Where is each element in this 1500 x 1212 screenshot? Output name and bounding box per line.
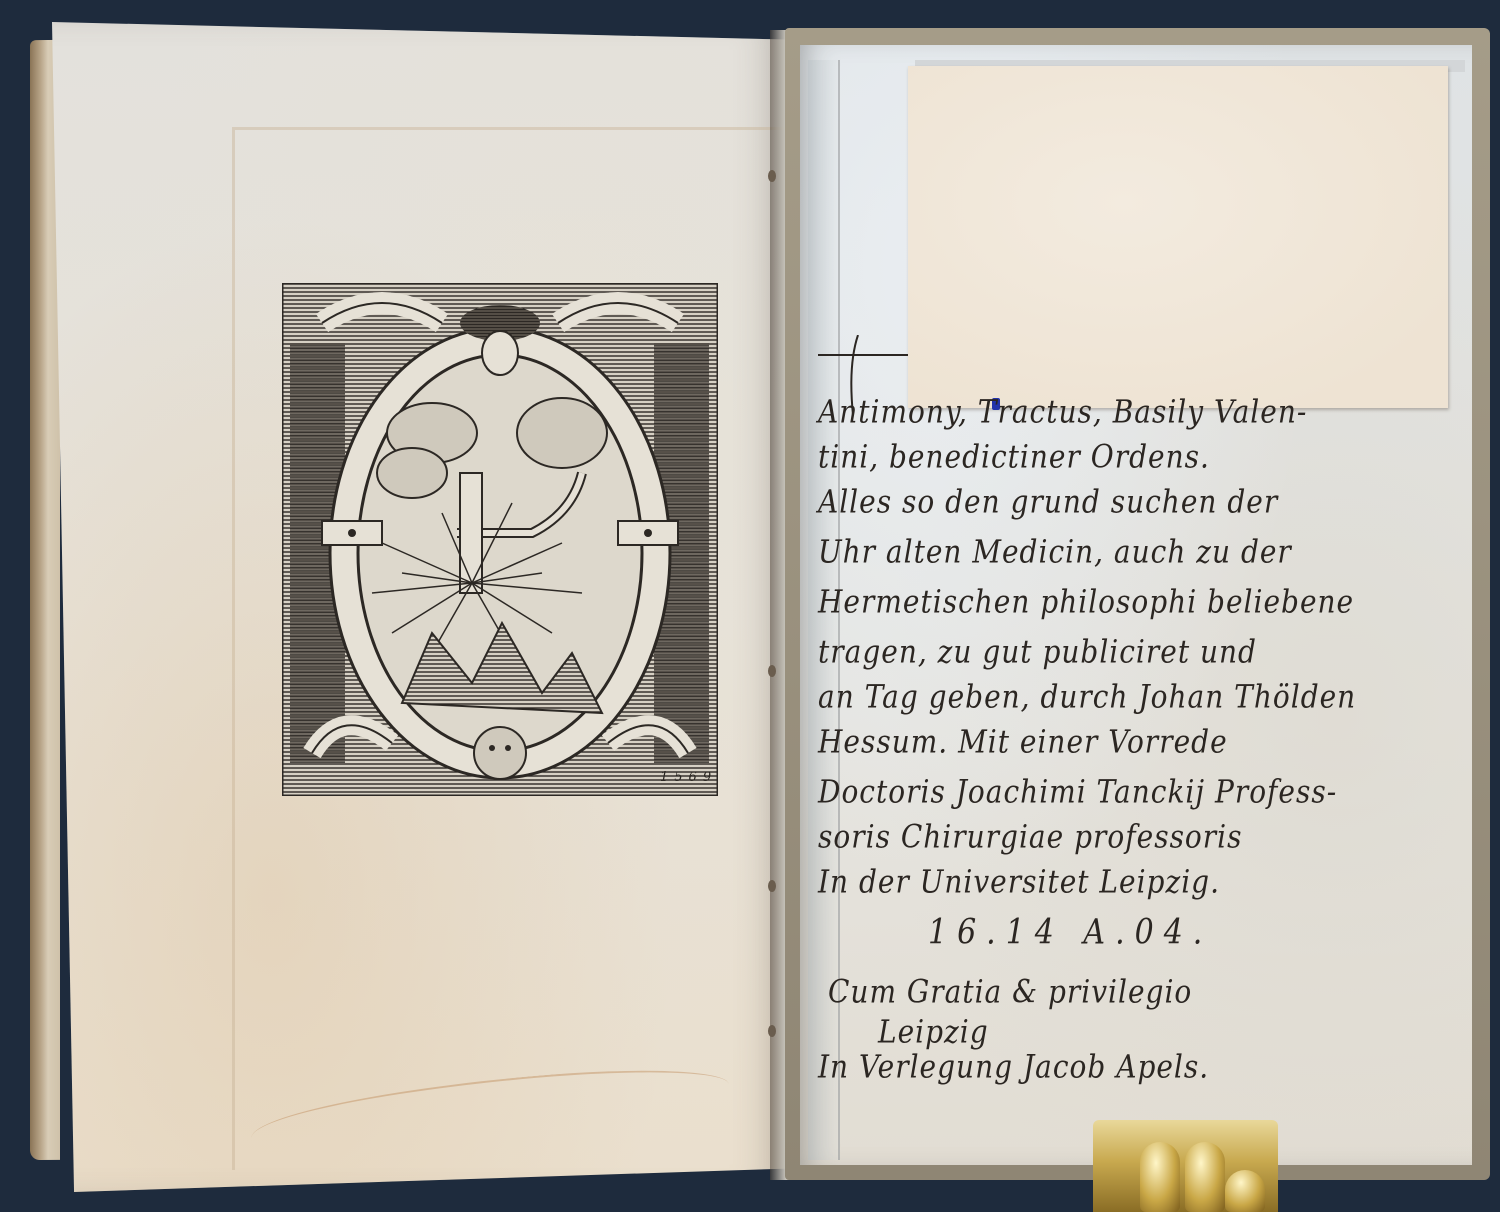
stand-ornament <box>1140 1142 1180 1212</box>
sewing-hole <box>768 1025 776 1037</box>
manuscript-date: 16.14 A.04. <box>818 912 1212 952</box>
manuscript-line: Doctoris Joachimi Tanckij Profess- <box>818 773 1337 811</box>
manuscript-line: Leipzig <box>818 1013 989 1051</box>
text-block-fore-edge <box>30 40 60 1160</box>
manuscript-line: In der Universitet Leipzig. <box>818 863 1220 901</box>
manuscript-line: tini, benedictiner Ordens. <box>818 438 1210 476</box>
stand-ornament <box>1225 1170 1265 1212</box>
manuscript-line: Cum Gratia & privilegio <box>818 973 1192 1011</box>
manuscript-line: Antimony, Tractus, Basily Valen- <box>818 393 1307 431</box>
woodcut-illustration <box>282 283 718 796</box>
manuscript-line: In Verlegung Jacob Apels. <box>818 1048 1209 1086</box>
sewing-hole <box>768 665 776 677</box>
manuscript-line: Alles so den grund suchen der <box>818 483 1278 521</box>
manuscript-line: Hermetischen philosophi beliebene <box>818 583 1354 621</box>
manuscript-line: Uhr alten Medicin, auch zu der <box>818 533 1292 571</box>
woodcut-printer-device <box>282 283 718 796</box>
manuscript-line: tragen, zu gut publiciret und <box>818 633 1257 671</box>
sewing-hole <box>768 880 776 892</box>
stand-ornament <box>1185 1142 1225 1212</box>
pasted-card <box>908 66 1448 408</box>
manuscript-line: soris Chirurgiae professoris <box>818 818 1243 856</box>
manuscript-line: an Tag geben, durch Johan Thölden <box>818 678 1356 716</box>
book-photograph: 1569 Antimony, Tractus, Basily Valen- ti… <box>0 0 1500 1212</box>
woodcut-date: 1569 <box>660 770 717 785</box>
sewing-hole <box>768 170 776 182</box>
manuscript-line: Hessum. Mit einer Vorrede <box>818 723 1228 761</box>
